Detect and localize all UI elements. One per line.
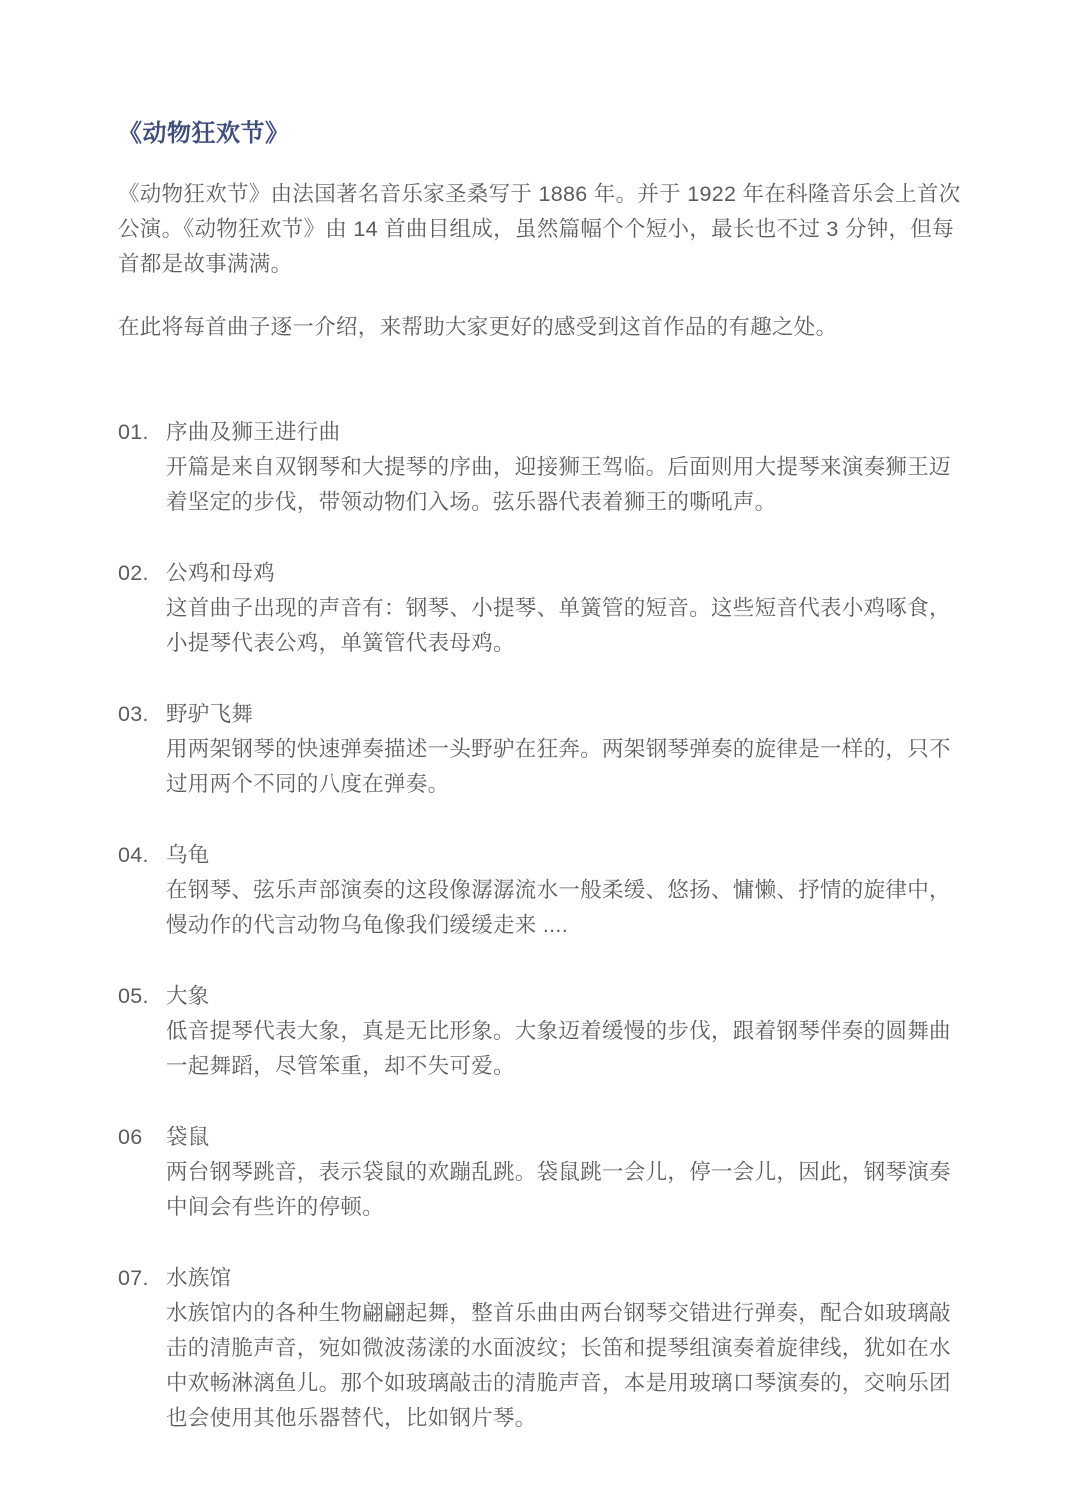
- list-item: 03. 野驴飞舞 用两架钢琴的快速弹奏描述一头野驴在狂奔。两架钢琴弹奏的旋律是一…: [118, 697, 963, 802]
- item-body: 大象 低音提琴代表大象，真是无比形象。大象迈着缓慢的步伐，跟着钢琴伴奏的圆舞曲一…: [166, 979, 963, 1084]
- item-body: 水族馆 水族馆内的各种生物翩翩起舞，整首乐曲由两台钢琴交错进行弹奏，配合如玻璃敲…: [166, 1261, 963, 1436]
- list-item: 06 袋鼠 两台钢琴跳音，表示袋鼠的欢蹦乱跳。袋鼠跳一会儿，停一会儿，因此，钢琴…: [118, 1120, 963, 1225]
- item-body: 野驴飞舞 用两架钢琴的快速弹奏描述一头野驴在狂奔。两架钢琴弹奏的旋律是一样的，只…: [166, 697, 963, 802]
- item-body: 乌龟 在钢琴、弦乐声部演奏的这段像潺潺流水一般柔缓、悠扬、慵懒、抒情的旋律中，慢…: [166, 838, 963, 943]
- item-description: 开篇是来自双钢琴和大提琴的序曲，迎接狮王驾临。后面则用大提琴来演奏狮王迈着坚定的…: [166, 450, 963, 520]
- item-description: 这首曲子出现的声音有：钢琴、小提琴、单簧管的短音。这些短音代表小鸡啄食，小提琴代…: [166, 591, 963, 661]
- list-item: 05. 大象 低音提琴代表大象，真是无比形象。大象迈着缓慢的步伐，跟着钢琴伴奏的…: [118, 979, 963, 1084]
- item-body: 公鸡和母鸡 这首曲子出现的声音有：钢琴、小提琴、单簧管的短音。这些短音代表小鸡啄…: [166, 556, 963, 661]
- list-item: 02. 公鸡和母鸡 这首曲子出现的声音有：钢琴、小提琴、单簧管的短音。这些短音代…: [118, 556, 963, 661]
- list-item: 04. 乌龟 在钢琴、弦乐声部演奏的这段像潺潺流水一般柔缓、悠扬、慵懒、抒情的旋…: [118, 838, 963, 943]
- item-body: 序曲及狮王进行曲 开篇是来自双钢琴和大提琴的序曲，迎接狮王驾临。后面则用大提琴来…: [166, 415, 963, 520]
- item-title: 公鸡和母鸡: [166, 556, 963, 591]
- item-title: 野驴飞舞: [166, 697, 963, 732]
- item-title: 袋鼠: [166, 1120, 963, 1155]
- item-description: 两台钢琴跳音，表示袋鼠的欢蹦乱跳。袋鼠跳一会儿，停一会儿，因此，钢琴演奏中间会有…: [166, 1155, 963, 1225]
- item-number: 02.: [118, 556, 166, 591]
- item-title: 水族馆: [166, 1261, 963, 1296]
- intro-paragraph-1: 《动物狂欢节》由法国著名音乐家圣桑写于 1886 年。并于 1922 年在科隆音…: [118, 177, 963, 282]
- document-page: 《动物狂欢节》 《动物狂欢节》由法国著名音乐家圣桑写于 1886 年。并于 19…: [0, 0, 1080, 1512]
- item-number: 05.: [118, 979, 166, 1014]
- item-body: 袋鼠 两台钢琴跳音，表示袋鼠的欢蹦乱跳。袋鼠跳一会儿，停一会儿，因此，钢琴演奏中…: [166, 1120, 963, 1225]
- item-number: 07.: [118, 1261, 166, 1296]
- item-description: 用两架钢琴的快速弹奏描述一头野驴在狂奔。两架钢琴弹奏的旋律是一样的，只不过用两个…: [166, 732, 963, 802]
- page-title: 《动物狂欢节》: [118, 118, 963, 150]
- item-description: 低音提琴代表大象，真是无比形象。大象迈着缓慢的步伐，跟着钢琴伴奏的圆舞曲一起舞蹈…: [166, 1014, 963, 1084]
- item-number: 04.: [118, 838, 166, 873]
- track-list: 01. 序曲及狮王进行曲 开篇是来自双钢琴和大提琴的序曲，迎接狮王驾临。后面则用…: [118, 415, 963, 1436]
- item-description: 水族馆内的各种生物翩翩起舞，整首乐曲由两台钢琴交错进行弹奏，配合如玻璃敲击的清脆…: [166, 1296, 963, 1436]
- item-title: 乌龟: [166, 838, 963, 873]
- list-item: 01. 序曲及狮王进行曲 开篇是来自双钢琴和大提琴的序曲，迎接狮王驾临。后面则用…: [118, 415, 963, 520]
- intro-paragraph-2: 在此将每首曲子逐一介绍，来帮助大家更好的感受到这首作品的有趣之处。: [118, 310, 963, 345]
- item-number: 03.: [118, 697, 166, 732]
- item-number: 06: [118, 1120, 166, 1155]
- item-title: 大象: [166, 979, 963, 1014]
- list-item: 07. 水族馆 水族馆内的各种生物翩翩起舞，整首乐曲由两台钢琴交错进行弹奏，配合…: [118, 1261, 963, 1436]
- item-number: 01.: [118, 415, 166, 450]
- item-description: 在钢琴、弦乐声部演奏的这段像潺潺流水一般柔缓、悠扬、慵懒、抒情的旋律中，慢动作的…: [166, 873, 963, 943]
- item-title: 序曲及狮王进行曲: [166, 415, 963, 450]
